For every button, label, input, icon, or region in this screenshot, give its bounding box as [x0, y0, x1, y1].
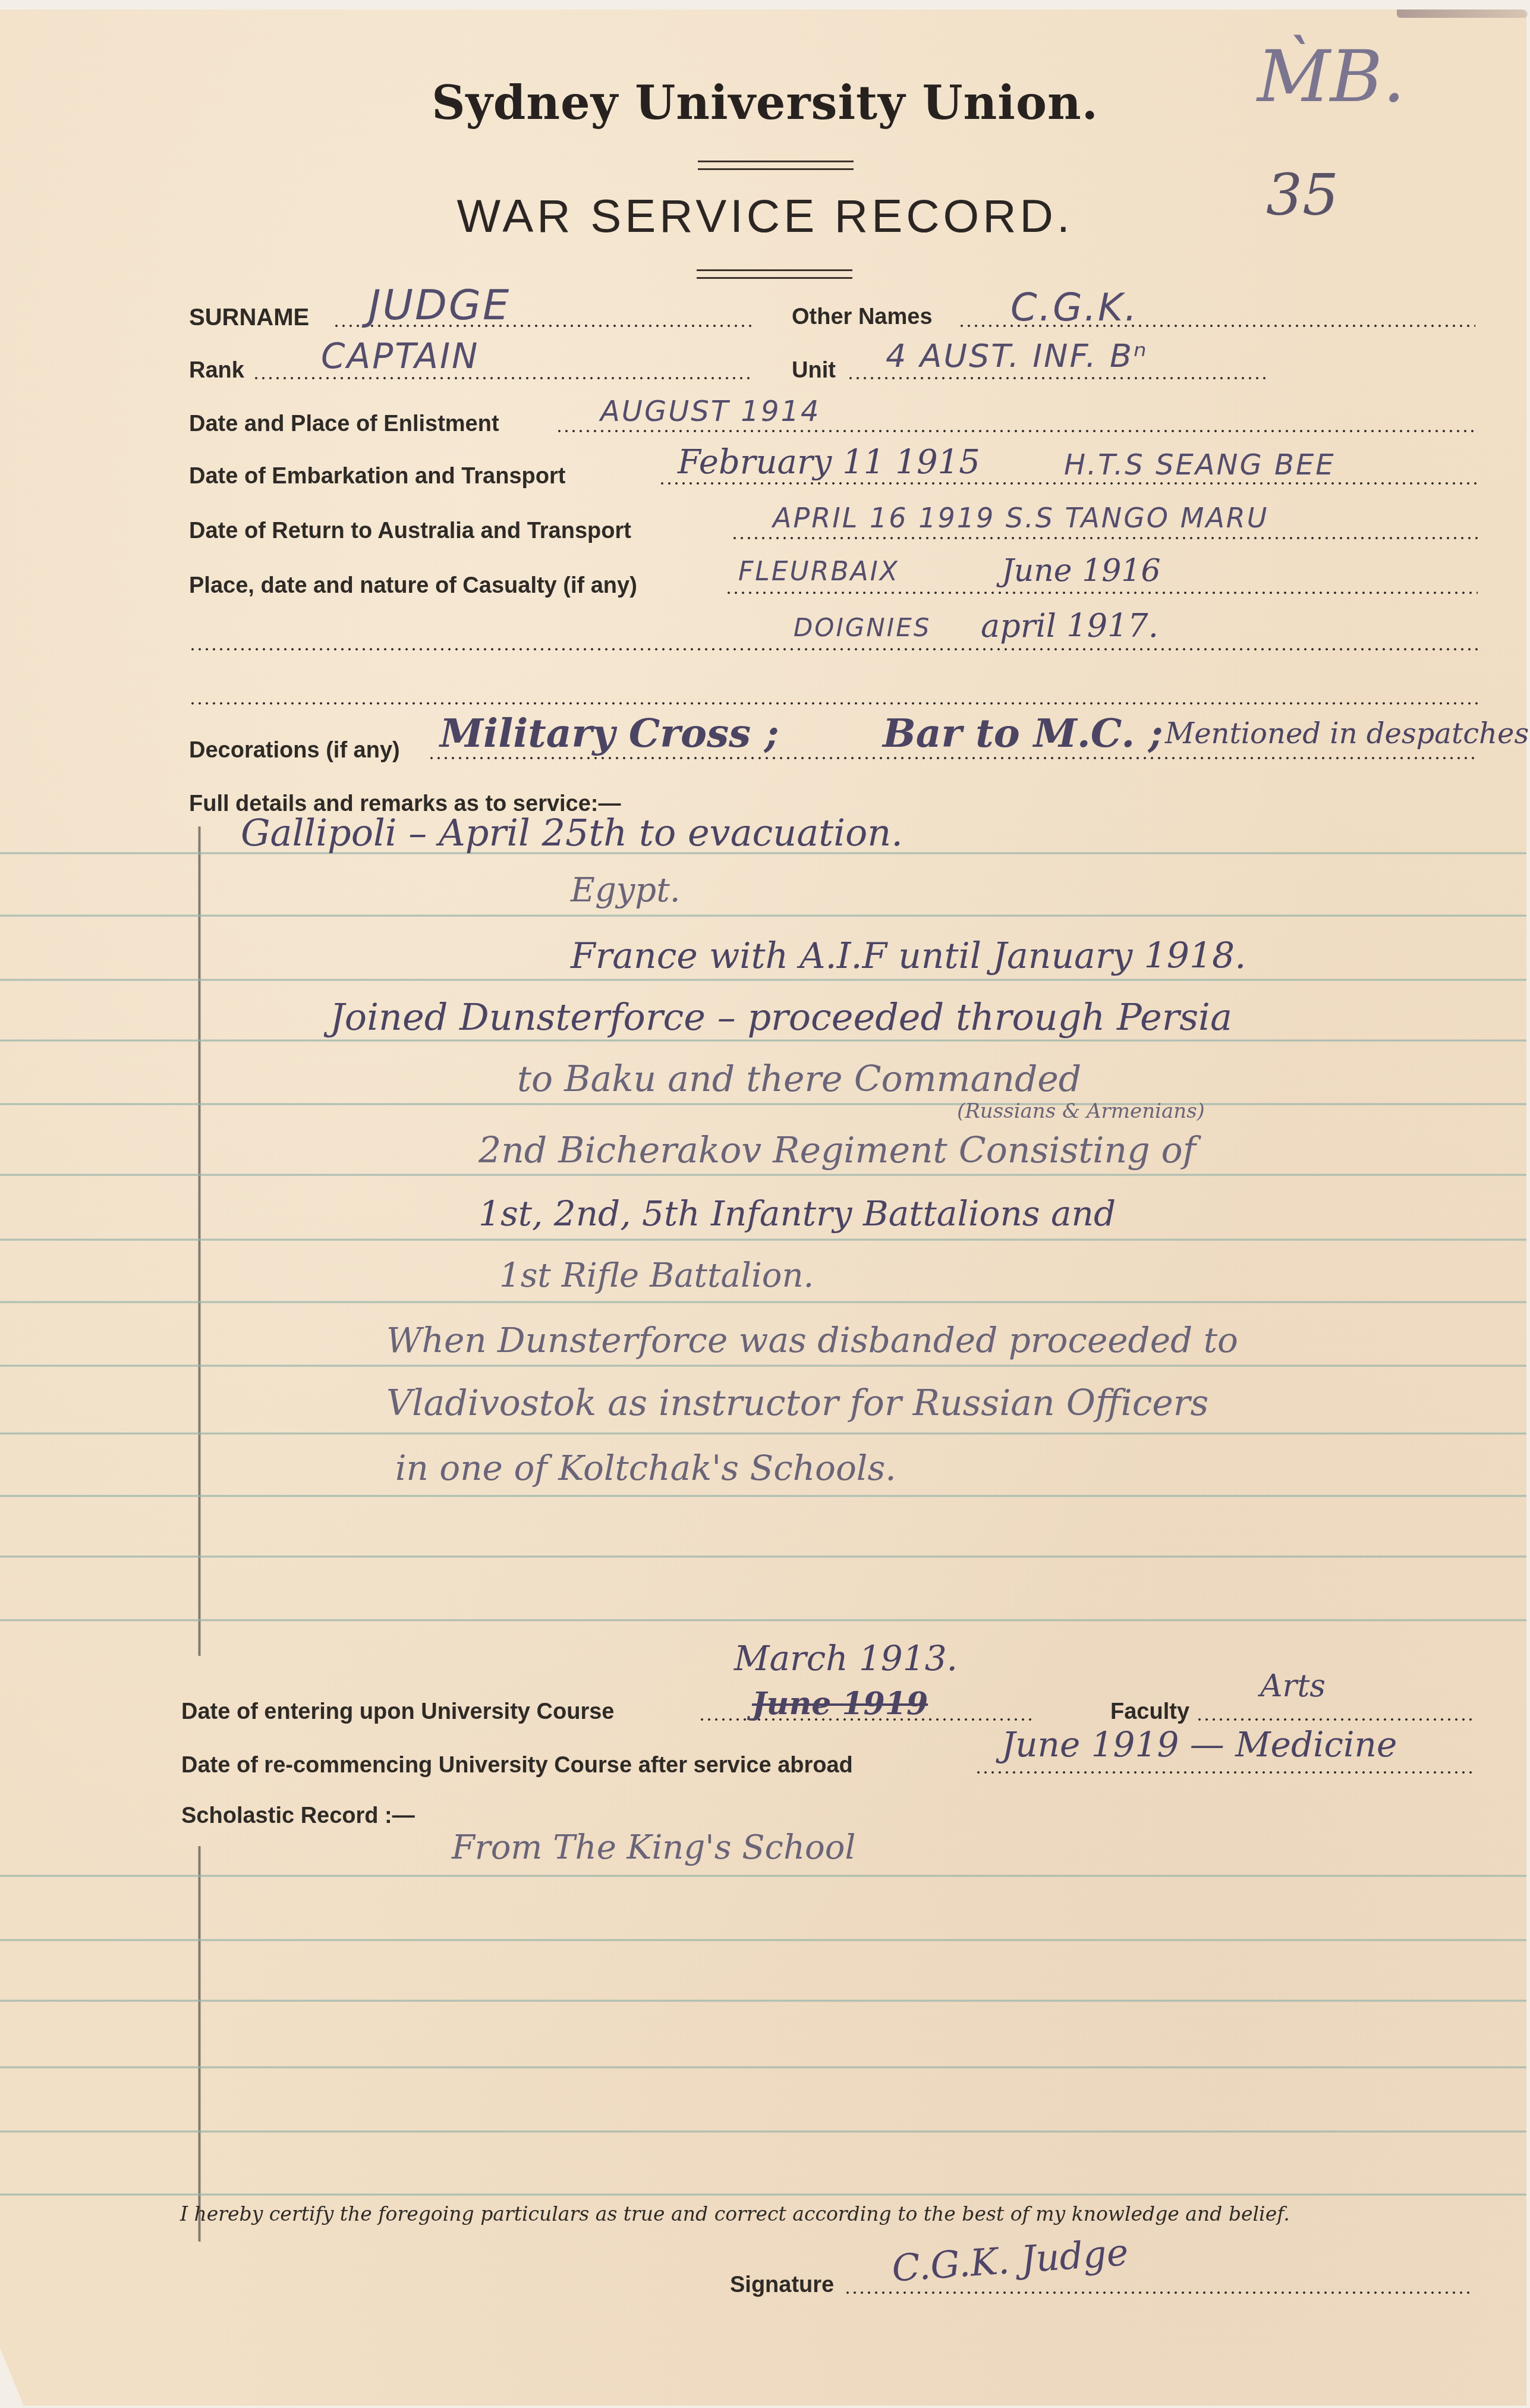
faculty-label: Faculty — [1110, 1700, 1189, 1723]
ruled-line — [0, 1103, 1526, 1105]
scholastic-record-label: Scholastic Record :— — [181, 1805, 415, 1827]
rank-field-line[interactable] — [253, 376, 752, 380]
ruled-line — [0, 1301, 1526, 1303]
decoration-bar-to-mc: Bar to M.C. ; — [883, 713, 1163, 753]
ruled-line — [0, 2193, 1526, 2196]
ruled-line — [0, 2066, 1526, 2069]
record-number-annotation: 35 — [1266, 166, 1339, 224]
margin-rule-lower — [198, 1846, 201, 2242]
casualty-date-1: June 1916 — [1002, 555, 1160, 586]
surname-label: SURNAME — [189, 306, 309, 329]
embarkation-date-value: February 11 1915 — [678, 446, 980, 479]
return-field-line[interactable] — [731, 536, 1478, 540]
service-line: When Dunsterforce was disbanded proceede… — [386, 1323, 1238, 1357]
ruled-line — [0, 2000, 1526, 2002]
enlistment-value: AUGUST 1914 — [600, 397, 821, 426]
service-line: 1st Rifle Battalion. — [499, 1259, 814, 1293]
paper-stain — [1397, 10, 1528, 18]
return-label: Date of Return to Australia and Transpor… — [189, 520, 631, 542]
service-line: in one of Koltchak's Schools. — [395, 1451, 896, 1485]
return-value: APRIL 16 1919 S.S TANGO MARU — [773, 504, 1269, 532]
ruled-line — [0, 1238, 1526, 1241]
university-recommence-label: Date of re-commencing University Course … — [181, 1754, 853, 1777]
ruled-line — [0, 1365, 1526, 1367]
ruled-line — [0, 1495, 1526, 1497]
rank-value: CAPTAIN — [321, 339, 479, 373]
ruled-line — [0, 1619, 1526, 1621]
other-names-label: Other Names — [792, 306, 933, 328]
service-line-annotation: (Russians & Armenians) — [957, 1101, 1205, 1121]
embarkation-label: Date of Embarkation and Transport — [189, 465, 565, 488]
title-divider-bottom — [697, 269, 852, 279]
ruled-line — [0, 1174, 1526, 1176]
embarkation-field-line[interactable] — [659, 482, 1478, 485]
rank-label: Rank — [189, 359, 244, 382]
service-line: 1st, 2nd, 5th Infantry Battalions and — [478, 1196, 1116, 1231]
margin-rule-upper — [198, 826, 201, 1656]
casualty-place-1: FLEURBAIX — [738, 559, 899, 585]
ruled-line — [0, 2130, 1526, 2133]
faculty-field-line[interactable] — [1196, 1718, 1474, 1721]
casualty-date-2: april 1917. — [981, 610, 1158, 642]
casualty-field-line-2[interactable] — [189, 647, 1478, 651]
service-line: to Baku and there Commanded — [517, 1061, 1081, 1097]
service-line: France with A.I.F until January 1918. — [571, 938, 1246, 974]
surname-value: JUDGE — [369, 284, 511, 326]
ruled-line — [0, 1875, 1526, 1877]
unit-label: Unit — [792, 359, 836, 382]
faculty-value: Arts — [1260, 1671, 1326, 1702]
ruled-line — [0, 1939, 1526, 1941]
title-divider-top — [698, 161, 854, 170]
enlistment-field-line[interactable] — [556, 429, 1477, 433]
signature-field-line[interactable] — [844, 2291, 1474, 2294]
ruled-line — [0, 1039, 1526, 1042]
casualty-field-line-1[interactable] — [725, 591, 1478, 595]
casualty-place-2: DOIGNIES — [794, 615, 931, 640]
service-line: Joined Dunsterforce – proceeded through … — [330, 999, 1232, 1036]
service-line: 2nd Bicherakov Regiment Consisting of — [478, 1133, 1196, 1168]
casualty-label: Place, date and nature of Casualty (if a… — [189, 574, 637, 597]
initials-annotation: M̀B. — [1257, 42, 1405, 113]
decorations-label: Decorations (if any) — [189, 739, 400, 762]
embarkation-transport-value: H.T.S SEANG BEE — [1064, 451, 1336, 479]
signature-label: Signature — [730, 2274, 834, 2296]
decorations-field-line[interactable] — [428, 756, 1478, 760]
scholastic-record-value: From The King's School — [452, 1831, 855, 1865]
university-recommence-value: June 1919 — Medicine — [1002, 1727, 1397, 1762]
university-entry-struck-value: June 1919 — [752, 1689, 928, 1719]
enlistment-label: Date and Place of Enlistment — [189, 413, 499, 435]
university-entry-label: Date of entering upon University Course — [181, 1700, 614, 1723]
ruled-line — [0, 1432, 1526, 1435]
unit-field-line[interactable] — [847, 376, 1266, 380]
certification-statement: I hereby certify the foregoing particula… — [180, 2202, 1290, 2225]
service-line: Vladivostok as instructor for Russian Of… — [386, 1385, 1208, 1421]
ruled-line — [0, 1555, 1526, 1558]
university-entry-value: March 1913. — [734, 1641, 958, 1675]
casualty-field-line-3[interactable] — [189, 702, 1478, 705]
other-names-value: C.G.K. — [1010, 289, 1138, 327]
decoration-military-cross: Military Cross ; — [440, 713, 779, 753]
service-line: Gallipoli – April 25th to evacuation. — [241, 815, 903, 851]
service-line: Egypt. — [571, 874, 681, 907]
ruled-line — [0, 979, 1526, 981]
decoration-mentioned-in-despatches: Mentioned in despatches — [1165, 719, 1529, 748]
ruled-line — [0, 914, 1526, 917]
unit-value: 4 AUST. INF. Bⁿ — [886, 340, 1148, 372]
university-recommence-field-line[interactable] — [975, 1771, 1474, 1774]
